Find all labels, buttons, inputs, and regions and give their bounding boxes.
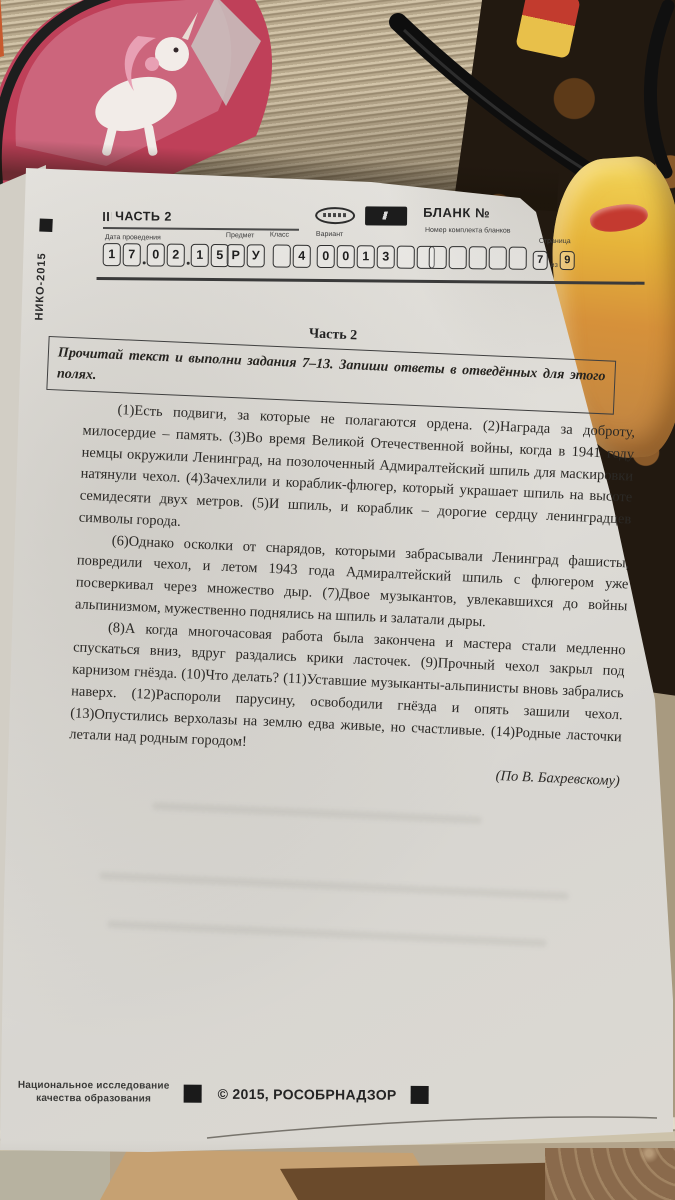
oval-logo-icon <box>315 207 355 224</box>
date-boxes: 1 7 0 2 1 5 <box>103 243 231 267</box>
printed-content: НИКО-2015 ЧАСТЬ 2 БЛАНК № Дата проведени… <box>0 168 654 1189</box>
kit-digit-box <box>449 246 467 269</box>
date-digit-box: 2 <box>167 244 185 267</box>
variant-digit-box: 0 <box>337 245 355 268</box>
photo-of-test-sheet: { "header": { "niko_code": "НИКО-2015", … <box>0 0 675 1200</box>
date-field-label: Дата проведения <box>105 234 161 241</box>
kit-number-boxes <box>429 246 529 270</box>
variant-digit-box <box>397 246 415 269</box>
part-underline <box>103 227 299 230</box>
kit-digit-box <box>429 246 447 269</box>
page-field-label: Страница <box>539 238 571 245</box>
organization-line2: качества образования <box>4 1092 184 1105</box>
bleed-through-text <box>107 920 547 947</box>
kit-field-label: Номер комплекта бланков <box>425 227 511 235</box>
sheet-footer: Национальное исследование качества образ… <box>4 1080 429 1107</box>
subject-field-label: Предмет <box>226 232 254 239</box>
variant-digit-box: 1 <box>357 245 375 268</box>
date-separator-dot <box>143 261 146 264</box>
variant-digit-box: 3 <box>377 245 395 268</box>
press-logo-icon <box>365 206 407 225</box>
date-digit-box: 1 <box>103 243 121 266</box>
grade-field-label: Класс <box>270 231 289 238</box>
part-label: ЧАСТЬ 2 <box>103 209 172 224</box>
grade-boxes: 4 <box>273 245 313 268</box>
variant-field-label: Вариант <box>316 231 343 238</box>
date-digit-box: 1 <box>191 244 209 267</box>
subject-letter-box: У <box>247 244 265 267</box>
copyright-text: © 2015, РОСОБРНАДЗОР <box>218 1085 397 1102</box>
page-current-box: 7 <box>533 251 548 270</box>
date-digit-box: 0 <box>147 243 165 266</box>
kit-digit-box <box>469 246 487 269</box>
registration-mark-footer-right <box>411 1085 429 1103</box>
page-boxes: 7 из 9 <box>533 251 577 270</box>
paragraph: (8)А когда многочасовая работа была зако… <box>69 616 626 770</box>
page-total-box: 9 <box>560 251 575 270</box>
page-of-word: из <box>551 262 558 269</box>
registration-mark-footer-left <box>184 1084 202 1102</box>
grade-digit-box <box>273 245 291 268</box>
print-mark-icon <box>103 212 111 221</box>
kit-digit-box <box>489 246 507 269</box>
form-header: ЧАСТЬ 2 БЛАНК № Дата проведения Предмет … <box>26 170 652 290</box>
bleed-through-text <box>152 802 482 824</box>
bleed-through-text <box>99 872 569 900</box>
bottom-curve-line <box>205 1106 660 1148</box>
paragraph: (1)Есть подвиги, за которые не полагаютс… <box>78 399 635 553</box>
date-digit-box: 7 <box>123 243 141 266</box>
kit-digit-box <box>509 247 527 270</box>
date-separator-dot <box>187 262 190 265</box>
variant-digit-box: 0 <box>317 245 335 268</box>
subject-letter-box: Р <box>227 244 245 267</box>
subject-boxes: Р У <box>227 244 267 267</box>
grade-digit-box: 4 <box>293 245 311 268</box>
organization-name: Национальное исследование качества образ… <box>4 1080 184 1106</box>
variant-boxes: 0 0 1 3 <box>317 245 437 269</box>
organization-line1: Национальное исследование <box>4 1080 184 1093</box>
header-rule <box>97 277 645 284</box>
reading-text: (1)Есть подвиги, за которые не полагаютс… <box>68 399 636 793</box>
blank-number-label: БЛАНК № <box>423 205 490 221</box>
